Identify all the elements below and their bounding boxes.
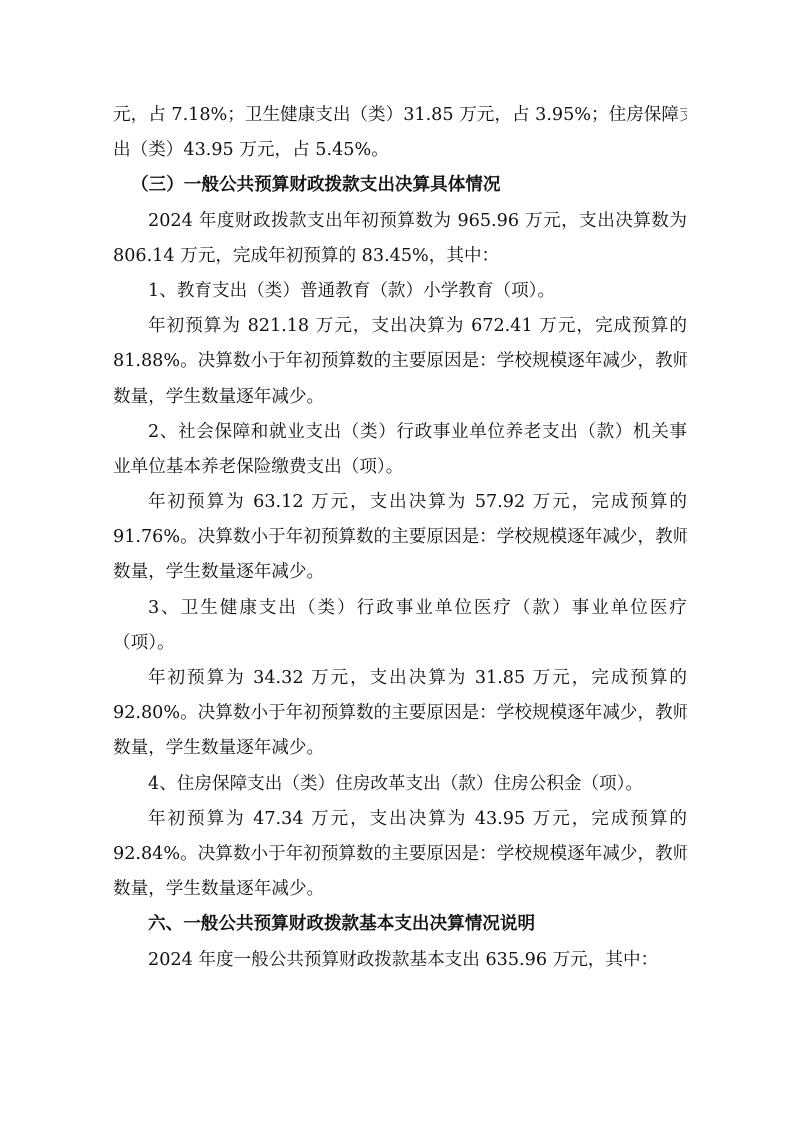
item-detail-line: 81.88%。决算数小于年初预算数的主要原因是：学校规模逐年减少，教师 (113, 344, 687, 379)
paragraph-line: 806.14 万元，完成年初预算的 83.45%，其中： (113, 239, 687, 274)
item-detail-line: 数量，学生数量逐年减少。 (113, 380, 687, 415)
item-detail-line: 92.84%。决算数小于年初预算数的主要原因是：学校规模逐年减少，教师 (113, 837, 687, 872)
item-detail-line: 年初预算为 34.32 万元，支出决算为 31.85 万元，完成预算的 (113, 661, 687, 696)
item-detail-line: 年初预算为 63.12 万元，支出决算为 57.92 万元，完成预算的 (113, 485, 687, 520)
item-detail-line: 年初预算为 821.18 万元，支出决算为 672.41 万元，完成预算的 (113, 309, 687, 344)
item-title: 2、社会保障和就业支出（类）行政事业单位养老支出（款）机关事 (113, 415, 687, 450)
item-title: 4、住房保障支出（类）住房改革支出（款）住房公积金（项）。 (113, 767, 687, 802)
item-detail-line: 年初预算为 47.34 万元，支出决算为 43.95 万元，完成预算的 (113, 802, 687, 837)
paragraph-line: 2024 年度财政拨款支出年初预算数为 965.96 万元，支出决算数为 (113, 204, 687, 239)
section-heading-3: （三）一般公共预算财政拨款支出决算具体情况 (113, 168, 687, 203)
section-heading-6: 六、一般公共预算财政拨款基本支出决算情况说明 (113, 907, 687, 942)
item-title: 3、卫生健康支出（类）行政事业单位医疗（款）事业单位医疗 (113, 591, 687, 626)
item-title: （项）。 (113, 626, 687, 661)
item-detail-line: 数量，学生数量逐年减少。 (113, 872, 687, 907)
item-detail-line: 92.80%。决算数小于年初预算数的主要原因是：学校规模逐年减少，教师 (113, 696, 687, 731)
document-page: 元，占 7.18%；卫生健康支出（类）31.85 万元，占 3.95%；住房保障… (113, 98, 687, 978)
paragraph-line: 元，占 7.18%；卫生健康支出（类）31.85 万元，占 3.95%；住房保障… (113, 98, 687, 133)
item-title: 业单位基本养老保险缴费支出（项）。 (113, 450, 687, 485)
item-title: 1、教育支出（类）普通教育（款）小学教育（项）。 (113, 274, 687, 309)
item-detail-line: 数量，学生数量逐年减少。 (113, 555, 687, 590)
paragraph-line: 2024 年度一般公共预算财政拨款基本支出 635.96 万元，其中： (113, 943, 687, 978)
item-detail-line: 数量，学生数量逐年减少。 (113, 731, 687, 766)
item-detail-line: 91.76%。决算数小于年初预算数的主要原因是：学校规模逐年减少，教师 (113, 520, 687, 555)
paragraph-line: 出（类）43.95 万元，占 5.45%。 (113, 133, 687, 168)
